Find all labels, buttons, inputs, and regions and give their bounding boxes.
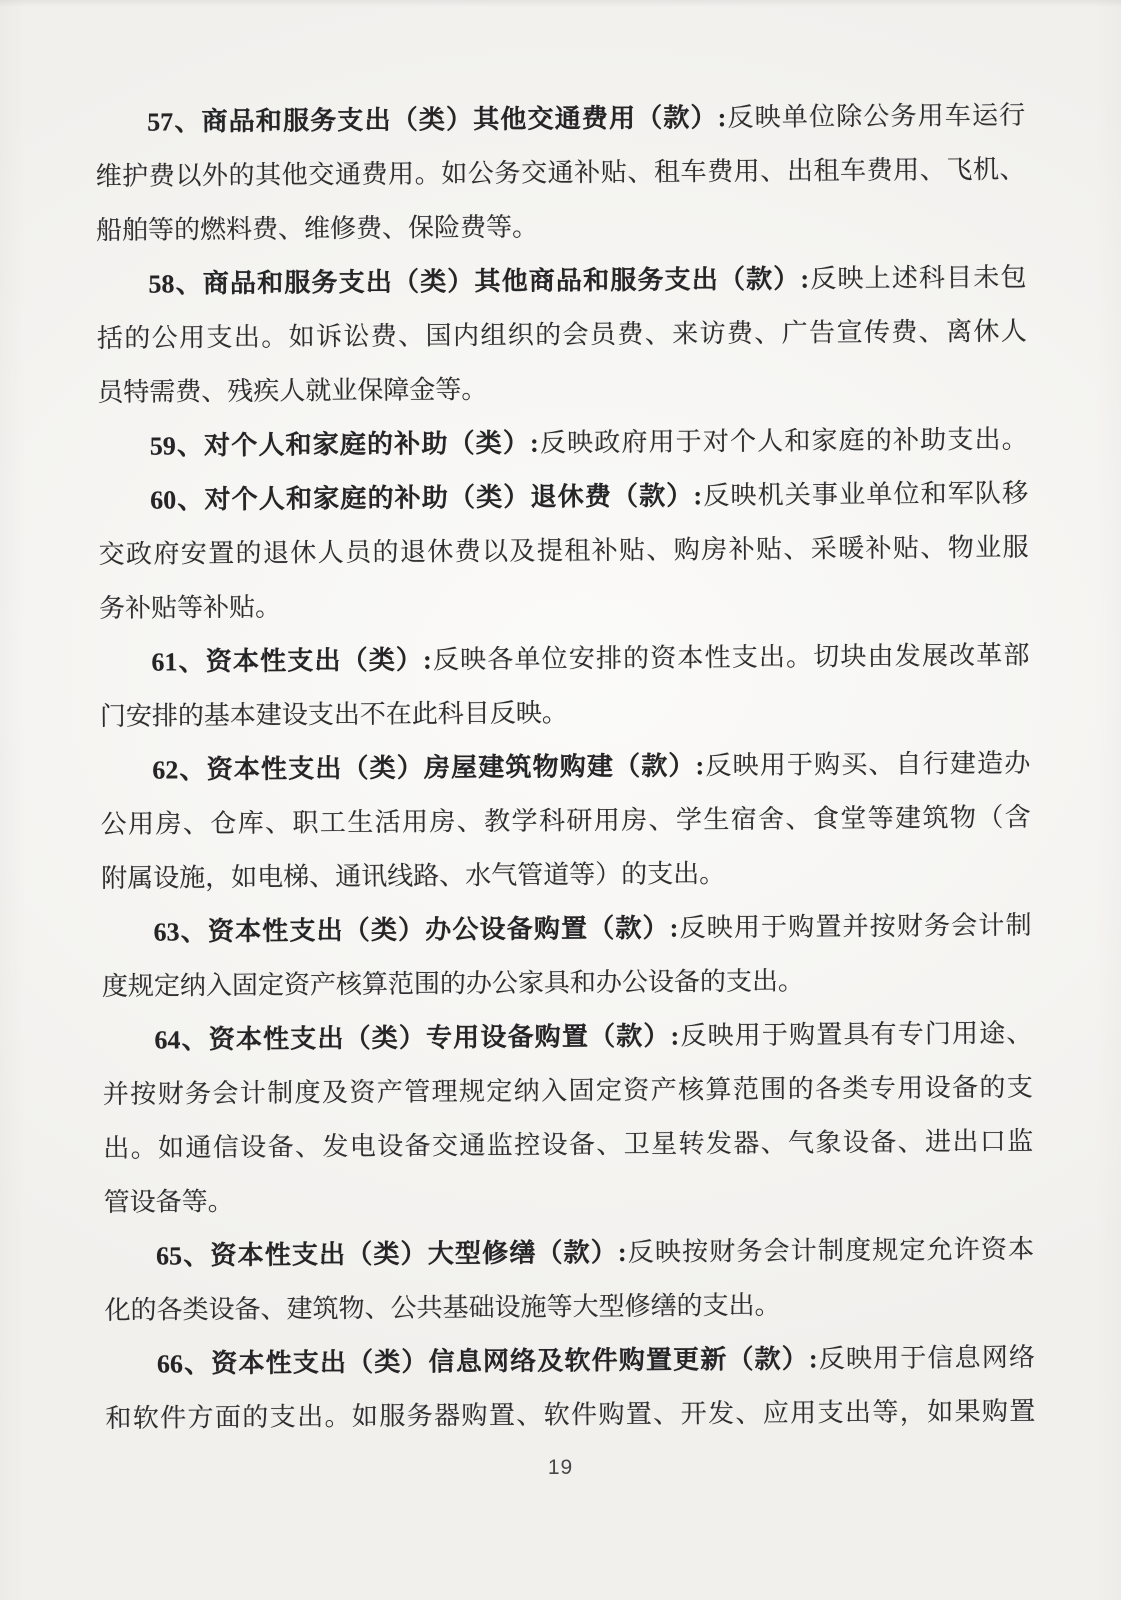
item-description: 括的公用支出。如诉讼费、国内组织的会员费、来访费、广告宣传费、离休人 bbox=[97, 317, 1027, 353]
document-body: 57、商品和服务支出（类）其他交通费用（款）:反映单位除公务用车运行维护费以外的… bbox=[95, 89, 1036, 1446]
item-description: 反映用于购买、自行建造办 bbox=[704, 749, 1030, 781]
item-description: 并按财务会计制度及资产管理规定纳入固定资产核算范围的各类专用设备的支 bbox=[103, 1073, 1033, 1109]
item-description: 反映机关事业单位和军队移 bbox=[702, 479, 1028, 511]
item-61: 61、资本性支出（类）:反映各单位安排的资本性支出。切块由发展改革部门安排的基本… bbox=[99, 629, 1030, 744]
text-line: 括的公用支出。如诉讼费、国内组织的会员费、来访费、广告宣传费、离休人 bbox=[97, 305, 1027, 366]
item-description: 维护费以外的其他交通费用。如公务交通补贴、租车费用、出租车费用、飞机、 bbox=[96, 155, 1026, 191]
item-heading: 58、商品和服务支出（类）其他商品和服务支出（款）: bbox=[148, 264, 809, 298]
item-63: 63、资本性支出（类）办公设备购置（款）:反映用于购置并按财务会计制度规定纳入固… bbox=[101, 899, 1032, 1014]
item-heading: 59、对个人和家庭的补助（类）: bbox=[150, 429, 539, 461]
item-heading: 61、资本性支出（类）: bbox=[151, 645, 432, 676]
item-description: 附属设施，如电梯、通讯线路、水气管道等）的支出。 bbox=[101, 859, 725, 893]
item-heading: 57、商品和服务支出（类）其他交通费用（款）: bbox=[147, 103, 726, 137]
item-description: 员特需费、残疾人就业保障金等。 bbox=[97, 375, 487, 407]
item-description: 管设备等。 bbox=[104, 1187, 234, 1217]
item-description: 务补贴等补贴。 bbox=[99, 593, 281, 623]
text-line: 出。如通信设备、发电设备交通监控设备、卫星转发器、气象设备、进出口监 bbox=[103, 1115, 1033, 1176]
text-line: 交政府安置的退休人员的退休费以及提租补贴、购房补贴、采暖补贴、物业服 bbox=[98, 521, 1028, 582]
item-57: 57、商品和服务支出（类）其他交通费用（款）:反映单位除公务用车运行维护费以外的… bbox=[95, 89, 1026, 258]
text-line: 化的各类设备、建筑物、公共基础设施等大型修缮的支出。 bbox=[104, 1277, 1034, 1338]
text-line: 63、资本性支出（类）办公设备购置（款）:反映用于购置并按财务会计制 bbox=[101, 899, 1031, 960]
text-line: 度规定纳入固定资产核算范围的办公家具和办公设备的支出。 bbox=[102, 953, 1032, 1014]
text-line: 59、对个人和家庭的补助（类）:反映政府用于对个人和家庭的补助支出。 bbox=[98, 413, 1028, 474]
item-description: 反映用于购置并按财务会计制 bbox=[678, 911, 1031, 943]
item-64: 64、资本性支出（类）专用设备购置（款）:反映用于购置具有专门用途、并按财务会计… bbox=[102, 1007, 1034, 1230]
text-line: 门安排的基本建设支出不在此科目反映。 bbox=[100, 683, 1030, 744]
item-description: 和软件方面的支出。如服务器购置、软件购置、开发、应用支出等，如果购置 bbox=[105, 1397, 1035, 1433]
item-description: 船舶等的燃料费、维修费、保险费等。 bbox=[96, 213, 538, 245]
item-heading: 62、资本性支出（类）房屋建筑物购建（款）: bbox=[152, 751, 704, 784]
item-59: 59、对个人和家庭的补助（类）:反映政府用于对个人和家庭的补助支出。 bbox=[98, 413, 1028, 474]
text-line: 62、资本性支出（类）房屋建筑物购建（款）:反映用于购买、自行建造办 bbox=[100, 737, 1030, 798]
item-description: 反映政府用于对个人和家庭的补助支出。 bbox=[539, 425, 1028, 458]
item-66: 66、资本性支出（类）信息网络及软件购置更新（款）:反映用于信息网络和软件方面的… bbox=[105, 1331, 1036, 1446]
item-heading: 64、资本性支出（类）专用设备购置（款）: bbox=[154, 1021, 679, 1054]
text-line: 务补贴等补贴。 bbox=[99, 575, 1029, 636]
item-heading: 63、资本性支出（类）办公设备购置（款）: bbox=[153, 913, 678, 946]
text-line: 船舶等的燃料费、维修费、保险费等。 bbox=[96, 197, 1026, 258]
item-60: 60、对个人和家庭的补助（类）退休费（款）:反映机关事业单位和军队移交政府安置的… bbox=[98, 467, 1029, 636]
page-number: 19 bbox=[0, 1456, 1121, 1480]
item-heading: 60、对个人和家庭的补助（类）退休费（款）: bbox=[150, 481, 702, 514]
item-62: 62、资本性支出（类）房屋建筑物购建（款）:反映用于购买、自行建造办公用房、仓库… bbox=[100, 737, 1031, 906]
text-line: 60、对个人和家庭的补助（类）退休费（款）:反映机关事业单位和军队移 bbox=[98, 467, 1028, 528]
text-line: 并按财务会计制度及资产管理规定纳入固定资产核算范围的各类专用设备的支 bbox=[103, 1061, 1033, 1122]
text-line: 附属设施，如电梯、通讯线路、水气管道等）的支出。 bbox=[101, 845, 1031, 906]
text-line: 管设备等。 bbox=[103, 1169, 1033, 1230]
item-description: 公用房、仓库、职工生活用房、教学科研用房、学生宿舍、食堂等建筑物（含 bbox=[101, 803, 1031, 839]
item-58: 58、商品和服务支出（类）其他商品和服务支出（款）:反映上述科目未包括的公用支出… bbox=[96, 251, 1027, 420]
text-line: 公用房、仓库、职工生活用房、教学科研用房、学生宿舍、食堂等建筑物（含 bbox=[101, 791, 1031, 852]
item-description: 反映用于购置具有专门用途、 bbox=[679, 1019, 1032, 1051]
item-description: 反映各单位安排的资本性支出。切块由发展改革部 bbox=[432, 641, 1030, 675]
text-line: 员特需费、残疾人就业保障金等。 bbox=[97, 359, 1027, 420]
item-description: 反映上述科目未包 bbox=[809, 263, 1027, 294]
text-line: 66、资本性支出（类）信息网络及软件购置更新（款）:反映用于信息网络 bbox=[105, 1331, 1035, 1392]
item-heading: 65、资本性支出（类）大型修缮（款）: bbox=[156, 1238, 627, 1271]
item-description: 门安排的基本建设支出不在此科目反映。 bbox=[100, 698, 568, 731]
item-description: 交政府安置的退休人员的退休费以及提租补贴、购房补贴、采暖补贴、物业服 bbox=[98, 533, 1028, 569]
text-line: 65、资本性支出（类）大型修缮（款）:反映按财务会计制度规定允许资本 bbox=[104, 1223, 1034, 1284]
item-heading: 66、资本性支出（类）信息网络及软件购置更新（款）: bbox=[157, 1344, 818, 1378]
text-line: 64、资本性支出（类）专用设备购置（款）:反映用于购置具有专门用途、 bbox=[102, 1007, 1032, 1068]
item-description: 度规定纳入固定资产核算范围的办公家具和办公设备的支出。 bbox=[102, 966, 804, 1001]
text-line: 61、资本性支出（类）:反映各单位安排的资本性支出。切块由发展改革部 bbox=[99, 629, 1029, 690]
item-65: 65、资本性支出（类）大型修缮（款）:反映按财务会计制度规定允许资本化的各类设备… bbox=[104, 1223, 1035, 1338]
text-line: 57、商品和服务支出（类）其他交通费用（款）:反映单位除公务用车运行 bbox=[95, 89, 1025, 150]
text-line: 58、商品和服务支出（类）其他商品和服务支出（款）:反映上述科目未包 bbox=[96, 251, 1026, 312]
item-description: 反映按财务会计制度规定允许资本 bbox=[626, 1235, 1034, 1267]
text-line: 和软件方面的支出。如服务器购置、软件购置、开发、应用支出等，如果购置 bbox=[105, 1385, 1035, 1446]
item-description: 出。如通信设备、发电设备交通监控设备、卫星转发器、气象设备、进出口监 bbox=[103, 1127, 1033, 1163]
item-description: 反映用于信息网络 bbox=[817, 1343, 1035, 1374]
item-description: 反映单位除公务用车运行 bbox=[726, 101, 1025, 132]
text-line: 维护费以外的其他交通费用。如公务交通补贴、租车费用、出租车费用、飞机、 bbox=[95, 143, 1025, 204]
scanned-document-page: 57、商品和服务支出（类）其他交通费用（款）:反映单位除公务用车运行维护费以外的… bbox=[0, 0, 1121, 1600]
item-description: 化的各类设备、建筑物、公共基础设施等大型修缮的支出。 bbox=[104, 1291, 780, 1325]
